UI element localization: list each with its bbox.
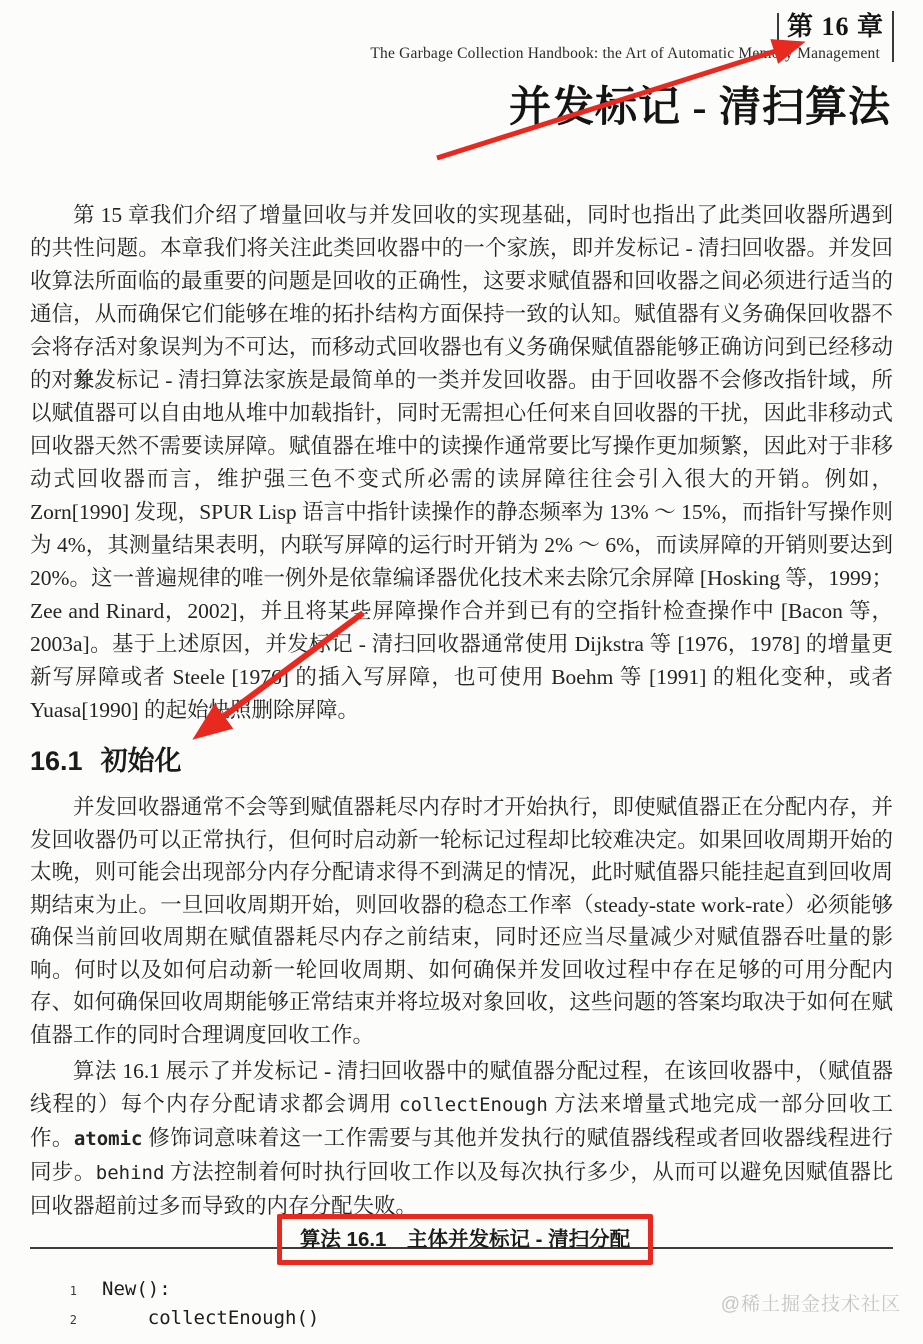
paragraph-2: 并发标记 - 清扫算法家族是最简单的一类并发回收器。由于回收器不会修改指针域，所…	[30, 364, 893, 727]
inline-code-atomic: atomic	[74, 1128, 143, 1150]
code-line-number: 1	[0, 1278, 77, 1305]
chapter-label: 第 16 章	[787, 6, 884, 43]
chapter-title: 并发标记 - 清扫算法	[509, 74, 891, 134]
chapter-label-left-rule	[777, 13, 779, 40]
code-line-text: New():	[102, 1276, 171, 1303]
paragraph-3: 并发回收器通常不会等到赋值器耗尽内存时才开始执行，即使赋值器正在分配内存，并发回…	[30, 791, 893, 1051]
paragraph-4: 算法 16.1 展示了并发标记 - 清扫回收器中的赋值器分配过程，在该回收器中，…	[30, 1055, 893, 1223]
chapter-label-right-rule	[892, 11, 894, 62]
annotation-highlight-box: 算法 16.1 主体并发标记 - 清扫分配	[277, 1214, 653, 1265]
code-line-number: 2	[0, 1307, 77, 1334]
section-heading-16-1: 16.1初始化	[30, 739, 893, 778]
watermark: @稀土掘金技术社区	[721, 1289, 901, 1316]
inline-code-behind: behind	[96, 1162, 165, 1184]
algorithm-caption: 算法 16.1 主体并发标记 - 清扫分配	[300, 1222, 630, 1258]
code-line-text: collectEnough()	[102, 1305, 319, 1332]
section-number: 16.1	[30, 746, 83, 776]
book-title: The Garbage Collection Handbook: the Art…	[370, 45, 880, 63]
section-title: 初始化	[101, 746, 182, 776]
inline-code-collectenough: collectEnough	[399, 1094, 548, 1116]
book-page: 第 16 章 The Garbage Collection Handbook: …	[0, 0, 923, 1344]
